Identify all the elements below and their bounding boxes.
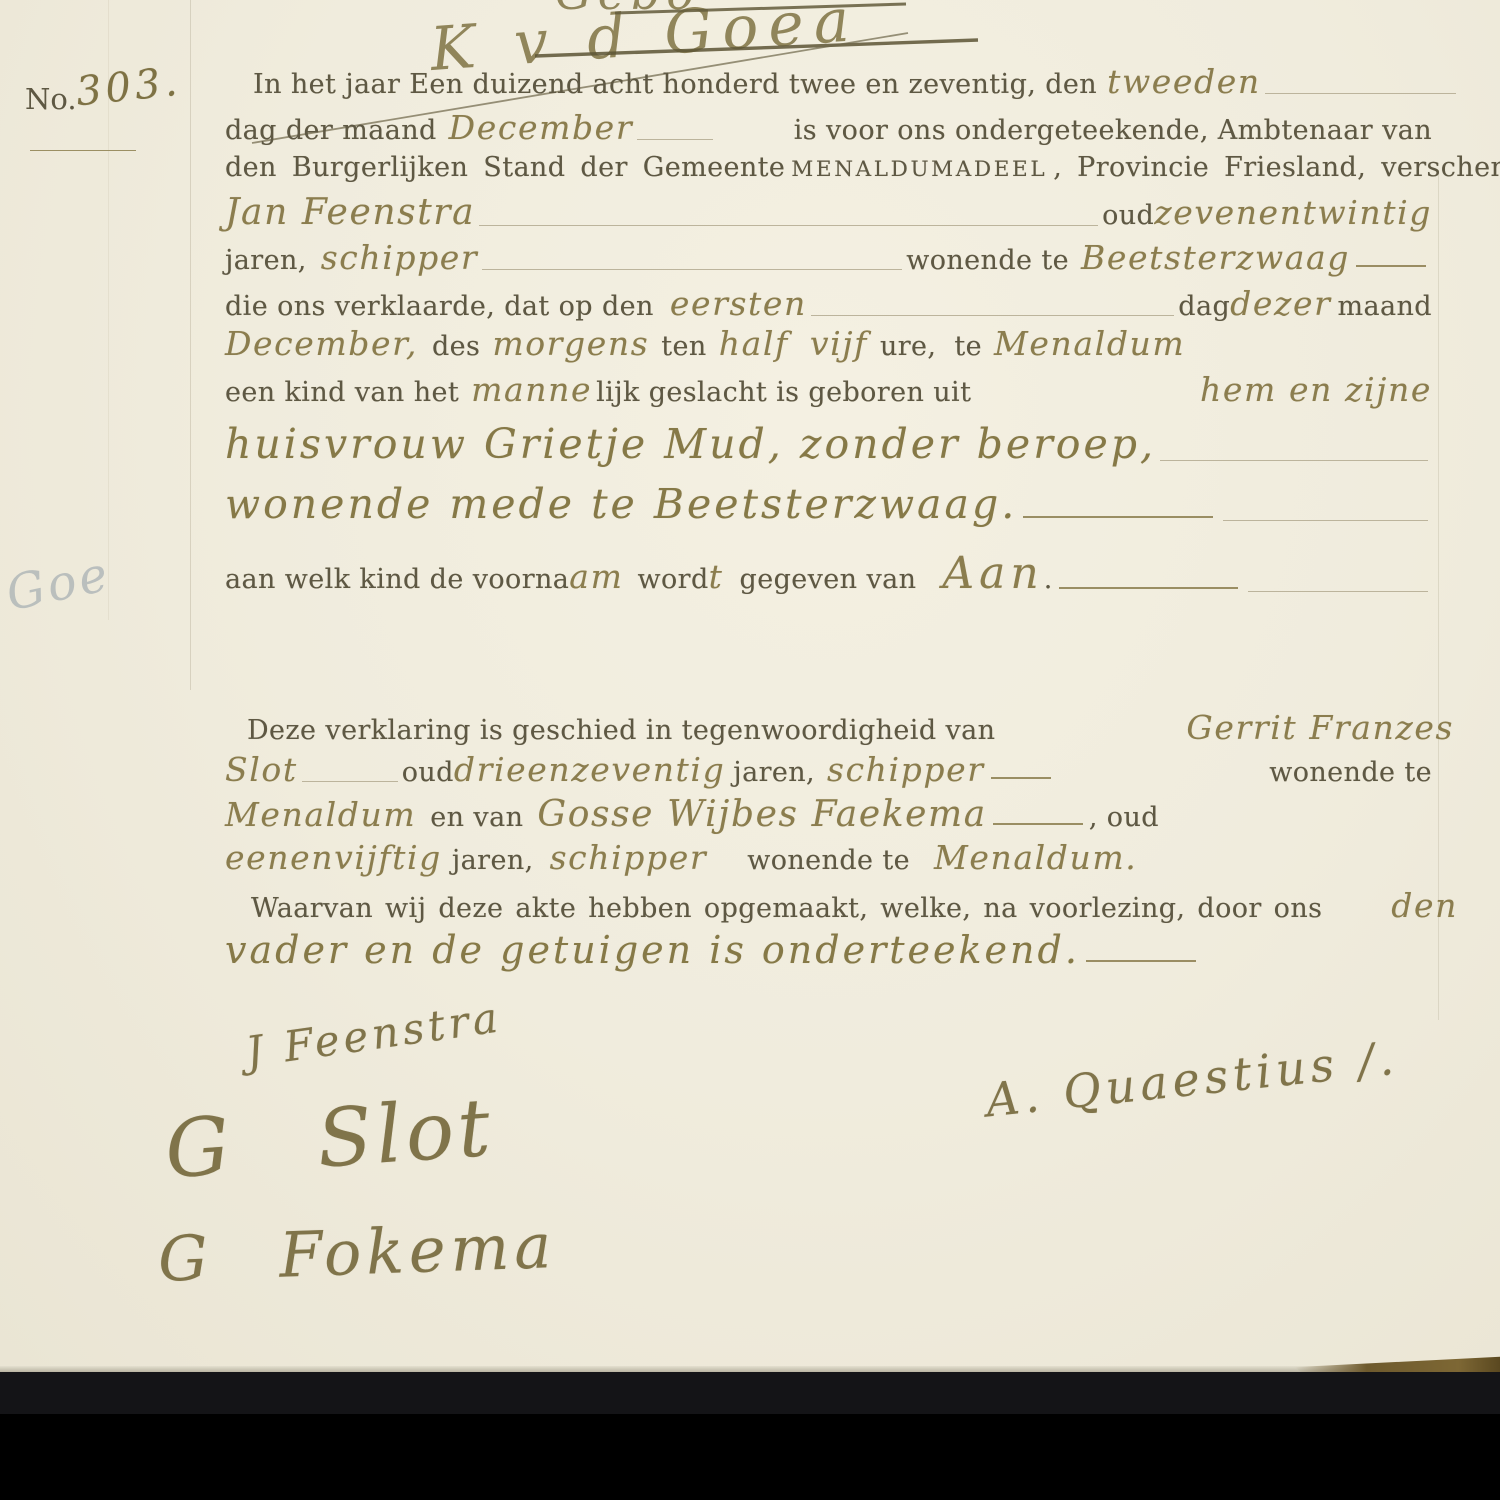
scanned-birth-record: { "document": { "kind": "Dutch civil bir… <box>0 0 1500 1500</box>
printed-text: een kind van het <box>225 377 459 408</box>
handwritten-dash <box>1059 585 1239 589</box>
black-background <box>0 1414 1500 1500</box>
printed-text: dag <box>1178 291 1230 322</box>
act-line-1: In het jaar Een duizend acht honderd twe… <box>225 62 1460 101</box>
handwritten-dash <box>991 775 1051 779</box>
act-line-3: den Burgerlijken Stand der Gemeente Mena… <box>225 152 1432 183</box>
act-line-6: die ons verklaarde, dat op den eersten d… <box>225 284 1432 323</box>
birth-day: eersten <box>670 284 807 323</box>
act-line-14: Menaldum en van Gosse Wijbes Faekema , o… <box>225 794 1432 835</box>
handwritten-dash <box>1356 263 1426 267</box>
printed-text: In het jaar Een duizend acht honderd twe… <box>253 69 1097 100</box>
mother-residence-line: wonende mede te Beetsterzwaag. <box>225 480 1017 528</box>
act-line-5: jaren, schipper wonende te Beetsterzwaag <box>225 238 1432 277</box>
fill-in-rule <box>1248 589 1428 592</box>
fill-in-rule <box>637 137 713 140</box>
child-gender: manne <box>471 370 592 409</box>
handwritten-dash <box>993 821 1083 825</box>
birth-month: December, <box>225 324 418 363</box>
witness2-residence: Menaldum. <box>934 838 1137 877</box>
fill-in-rule <box>1160 458 1428 461</box>
act-line-15: eenenvijftig jaren, schipper wonende te … <box>225 838 1432 877</box>
form-left-rule <box>190 0 191 690</box>
printed-text: des <box>432 331 480 362</box>
birth-hour: half vijf <box>719 324 868 363</box>
handwritten-word: am <box>569 557 623 596</box>
declarant-name: Jan Feenstra <box>225 192 475 233</box>
fill-in-rule <box>1265 91 1456 94</box>
witness1-surname: Slot <box>225 750 298 789</box>
printed-text: ure, te <box>880 331 982 362</box>
printed-text: wonende te <box>747 845 910 876</box>
handwritten-letter: t <box>709 557 724 596</box>
mother-name-line: huisvrouw Grietje Mud, zonder beroep, <box>225 420 1156 468</box>
witness2-name: Gosse Wijbes Faekema <box>537 794 986 835</box>
declarant-age: zevenentwintig <box>1154 193 1432 232</box>
printed-text: gegeven van <box>740 564 917 595</box>
act-line-16: Waarvan wij deze akte hebben opgemaakt, … <box>225 886 1458 925</box>
fill-in-rule <box>482 267 902 270</box>
act-line-7: December, des morgens ten half vijf ure,… <box>225 324 1432 363</box>
birth-place: Menaldum <box>994 324 1185 363</box>
act-number-label: No. <box>25 82 77 116</box>
act-line-2: dag der maand December is voor ons onder… <box>225 108 1432 147</box>
dark-table-surface <box>0 1372 1500 1416</box>
handwritten-month: December <box>449 108 634 147</box>
handwritten-word: dezer <box>1230 284 1331 323</box>
declarant-residence: Beetsterzwaag <box>1081 238 1350 277</box>
handwritten-dash <box>1023 514 1213 518</box>
fill-in-rule <box>811 313 1174 316</box>
printed-text: jaren, <box>225 245 307 276</box>
printed-text: wonende te <box>1057 757 1432 788</box>
printed-text: dag der maand <box>225 115 437 146</box>
margin-underline <box>30 150 136 151</box>
printed-text: , oud <box>1089 802 1159 833</box>
printed-text: die ons verklaarde, dat op den <box>225 291 654 322</box>
handwritten-word: den <box>1322 886 1458 925</box>
printed-text: oud <box>402 757 454 788</box>
handwritten-dash <box>1086 958 1196 962</box>
printed-text: word <box>637 564 708 595</box>
witness1-name: Gerrit Franzes <box>995 708 1454 747</box>
handwritten-parents-intro: hem en zijne <box>971 370 1432 409</box>
act-line-17: vader en de getuigen is onderteekend. <box>225 928 1432 972</box>
act-line-11: aan welk kind de voorna am word t gegeve… <box>225 548 1432 599</box>
witness1-age: drieenzeventig <box>454 750 725 789</box>
closing-clause: vader en de getuigen is onderteekend. <box>225 928 1080 972</box>
printed-text: . <box>1044 564 1053 595</box>
fill-in-rule <box>302 779 398 782</box>
municipality-name: Menaldumadeel <box>791 157 1047 182</box>
printed-text: den Burgerlijken Stand der Gemeente <box>225 152 785 183</box>
signature-witness2: G Fokema <box>157 1209 558 1296</box>
printed-text: Deze verklaring is geschied in tegenwoor… <box>247 715 995 746</box>
printed-text: aan welk kind de voorna <box>225 564 569 595</box>
printed-text: , Provincie Friesland, verschenen : <box>1053 152 1500 183</box>
act-line-4: Jan Feenstra oud zevenentwintig <box>225 192 1432 233</box>
child-name: Aan <box>942 548 1043 599</box>
act-line-13: Slot oud drieenzeventig jaren, schipper … <box>225 750 1432 789</box>
act-line-10: wonende mede te Beetsterzwaag. <box>225 480 1432 528</box>
printed-text: ten <box>661 331 706 362</box>
act-line-8: een kind van het manne lijk geslacht is … <box>225 370 1432 409</box>
act-line-12: Deze verklaring is geschied in tegenwoor… <box>225 708 1454 747</box>
printed-text: lijk geslacht is geboren uit <box>596 377 971 408</box>
act-line-9: huisvrouw Grietje Mud, zonder beroep, <box>225 420 1432 468</box>
witness2-age: eenenvijftig <box>225 838 442 877</box>
printed-text: oud <box>1102 200 1154 231</box>
printed-text: wonende te <box>906 245 1069 276</box>
fill-in-rule <box>1223 518 1428 521</box>
printed-text: is voor ons ondergeteekende, Ambtenaar v… <box>717 115 1432 146</box>
time-of-day: morgens <box>492 324 649 363</box>
printed-text: jaren, <box>452 845 534 876</box>
fill-in-rule <box>479 223 1098 226</box>
witness2-occupation: schipper <box>550 838 708 877</box>
handwritten-day: tweeden <box>1107 62 1261 101</box>
witness1-residence: Menaldum <box>225 795 416 834</box>
printed-text: jaren, <box>733 757 815 788</box>
printed-text: en van <box>430 802 523 833</box>
printed-text: maand <box>1338 291 1432 322</box>
declarant-occupation: schipper <box>321 238 479 277</box>
witness1-occupation: schipper <box>827 750 985 789</box>
printed-text: Waarvan wij deze akte hebben opgemaakt, … <box>251 893 1322 924</box>
